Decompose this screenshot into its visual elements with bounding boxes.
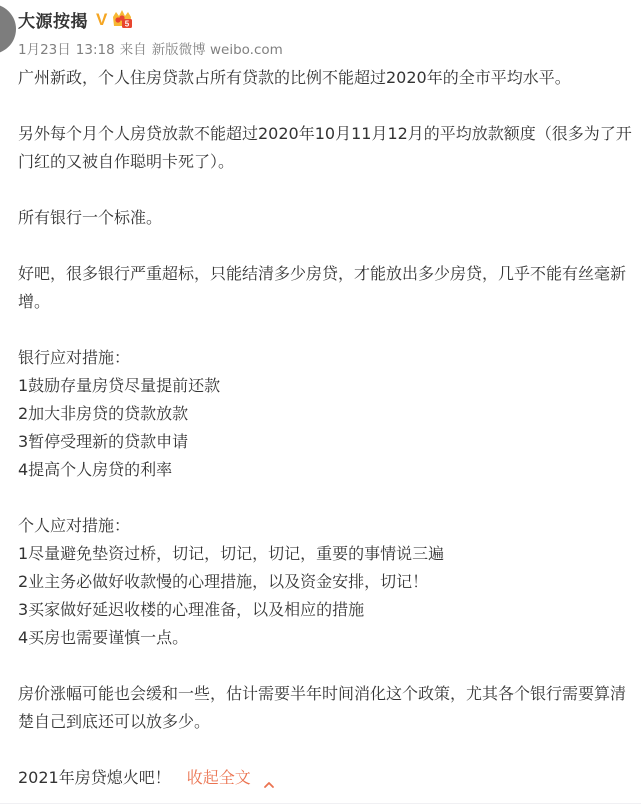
bank-measure-item: 4提高个人房贷的利率 <box>18 456 634 484</box>
spacer <box>18 652 634 680</box>
post-source: 新版微博 weibo.com <box>152 42 283 58</box>
paragraph: 好吧，很多银行严重超标，只能结清多少房贷，才能放出多少房贷，几乎不能有丝毫新增。 <box>18 260 634 316</box>
post-body: 广州新政，个人住房贷款占所有贷款的比例不能超过2020年的全市平均水平。 另外每… <box>18 64 634 792</box>
bank-measure-item: 3暂停受理新的贷款申请 <box>18 428 634 456</box>
personal-measure-item: 3买家做好延迟收楼的心理准备，以及相应的措施 <box>18 596 634 624</box>
chevron-up-icon <box>263 772 275 784</box>
spacer <box>18 736 634 764</box>
bank-measure-item: 1鼓励存量房贷尽量提前还款 <box>18 372 634 400</box>
source-prefix: 来自 <box>120 42 147 58</box>
avatar[interactable] <box>0 4 16 54</box>
post-header: 大源按揭 V 5 <box>18 6 133 32</box>
final-line: 2021年房贷熄火吧！ 收起全文 <box>18 764 634 792</box>
closing-paragraph: 房价涨幅可能也会缓和一些，估计需要半年时间消化这个政策，尤其各个银行需要算清楚自… <box>18 680 634 736</box>
collapse-label: 收起全文 <box>187 764 251 792</box>
bank-measure-item: 2加大非房贷的贷款放款 <box>18 400 634 428</box>
post-time[interactable]: 13:18 <box>76 42 115 58</box>
bank-measures-title: 银行应对措施： <box>18 344 634 372</box>
post-meta: 1月23日13:18来自新版微博 weibo.com <box>18 38 288 58</box>
post-date[interactable]: 1月23日 <box>18 42 71 58</box>
vip-crown-icon[interactable]: 5 <box>111 9 133 29</box>
paragraph: 另外每个月个人房贷放款不能超过2020年10月11月12月的平均放款额度（很多为… <box>18 120 634 176</box>
personal-measure-item: 2业主务必做好收款慢的心理措施，以及资金安排，切记！ <box>18 568 634 596</box>
collapse-full-text-button[interactable]: 收起全文 <box>187 764 275 792</box>
personal-measures-title: 个人应对措施： <box>18 512 634 540</box>
spacer <box>18 176 634 204</box>
svg-text:5: 5 <box>125 20 130 29</box>
paragraph: 所有银行一个标准。 <box>18 204 634 232</box>
final-text: 2021年房贷熄火吧！ <box>18 764 171 792</box>
personal-measure-item: 1尽量避免垫资过桥，切记，切记，切记，重要的事情说三遍 <box>18 540 634 568</box>
personal-measure-item: 4买房也需要谨慎一点。 <box>18 624 634 652</box>
spacer <box>18 484 634 512</box>
author-name[interactable]: 大源按揭 <box>18 7 88 32</box>
spacer <box>18 92 634 120</box>
verified-v-icon[interactable]: V <box>96 11 107 28</box>
spacer <box>18 232 634 260</box>
spacer <box>18 316 634 344</box>
paragraph: 广州新政，个人住房贷款占所有贷款的比例不能超过2020年的全市平均水平。 <box>18 64 634 92</box>
divider <box>0 803 641 804</box>
